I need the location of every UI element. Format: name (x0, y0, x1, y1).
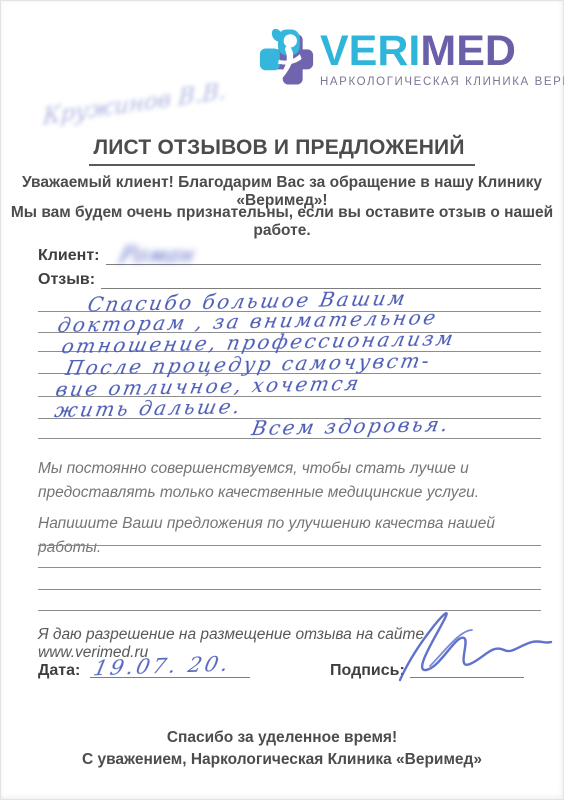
brand-part-med: MED (420, 27, 516, 75)
brand-part-veri: VERI (320, 27, 420, 75)
handwritten-review-line: Всем здоровья. (250, 412, 453, 440)
review-row: Отзыв: (38, 268, 541, 289)
scanned-feedback-sheet: VERIMED НАРКОЛОГИЧЕСКАЯ КЛИНИКА ВЕРИМЕД … (0, 0, 564, 800)
date-signature-row: Дата: 19.07. 20. Подпись: (38, 652, 524, 680)
suggestion-ruled-line (38, 545, 541, 546)
logo-text-block: VERIMED НАРКОЛОГИЧЕСКАЯ КЛИНИКА ВЕРИМЕД (320, 27, 564, 88)
handwritten-date: 19.07. 20. (91, 652, 233, 681)
signature-scribble (386, 600, 556, 684)
brand-subtitle: НАРКОЛОГИЧЕСКАЯ КЛИНИКА ВЕРИМЕД (320, 76, 564, 88)
medical-cross-person-icon (258, 27, 315, 87)
brand-wordmark: VERIMED (320, 27, 564, 75)
suggestion-ruled-line (38, 567, 541, 568)
page-title: ЛИСТ ОТЗЫВОВ И ПРЕДЛОЖЕНИЙ (89, 136, 474, 166)
handwritten-review-line: жить дальше. (53, 394, 245, 422)
quality-note: Мы постоянно совершенствуемся, чтобы ста… (38, 457, 536, 505)
review-line-0 (101, 268, 541, 289)
client-row: Клиент: Роман (38, 244, 541, 265)
review-label: Отзыв: (38, 271, 101, 289)
corner-handwritten-name: Кружинов В.В. (43, 76, 242, 130)
client-line: Роман (106, 244, 542, 265)
verimed-logo: VERIMED НАРКОЛОГИЧЕСКАЯ КЛИНИКА ВЕРИМЕД (258, 27, 564, 88)
client-handwritten-name: Роман (116, 243, 196, 268)
title-wrap: ЛИСТ ОТЗЫВОВ И ПРЕДЛОЖЕНИЙ (0, 136, 564, 166)
suggestion-prompt: Напишите Ваши предложения по улучшению к… (38, 512, 536, 560)
footer-regards-line: С уважением, Наркологическая Клиника «Ве… (0, 751, 564, 769)
client-label: Клиент: (38, 247, 106, 265)
footer-thanks-line: Спасибо за уделенное время! (0, 729, 564, 747)
suggestion-ruled-line (38, 589, 541, 590)
intro-line-2: Мы вам будем очень признательны, если вы… (0, 204, 564, 240)
date-label: Дата: (38, 662, 80, 680)
